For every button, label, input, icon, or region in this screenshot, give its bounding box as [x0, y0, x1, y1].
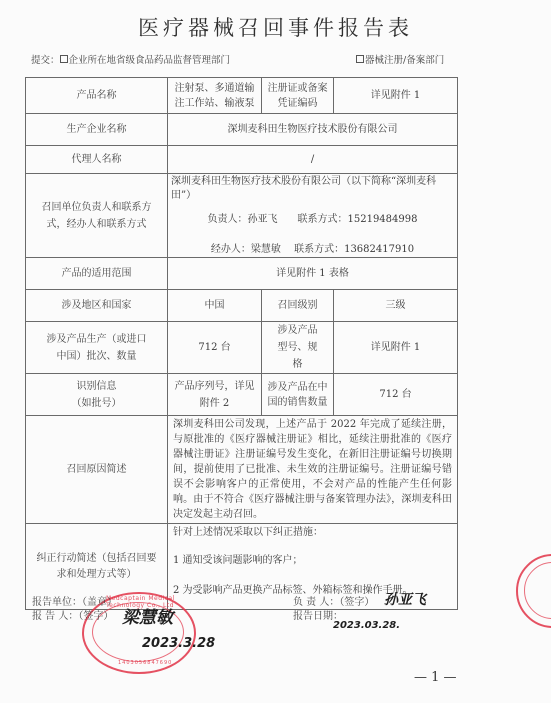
reason-value: 深圳麦科田公司发现，上述产品于 2022 年完成了延续注册，与原批准的《医疗器械…: [168, 416, 458, 524]
reporter-label: 报 告 人：（签字）: [32, 607, 113, 622]
product-name-label: 产品名称: [26, 78, 168, 114]
report-unit-label: 报告单位：（盖章）: [32, 593, 117, 608]
responsible-label: 负 责 人：（签字）: [293, 593, 374, 608]
model-value: 详见附件 1: [334, 322, 458, 374]
row-contact: 召回单位负责人和联系方式，经办人和联系方式 深圳麦科田生物医疗技术股份有限公司（…: [26, 174, 458, 258]
report-date-value: 2023.03.28.: [333, 620, 400, 631]
contact-handler: 经办人：梁慧敏 联系方式：13682417910: [171, 243, 454, 257]
scope-label: 产品的适用范围: [26, 258, 168, 290]
recall-report-table: 产品名称 注射泵、多通道输注工作站、输液泵 注册证或备案凭证编码 详见附件 1 …: [25, 77, 458, 610]
region-label: 涉及地区和国家: [26, 290, 168, 322]
seal-partial-inner: [524, 562, 551, 619]
reporter-date: 2023.3.28: [142, 636, 215, 651]
row-region: 涉及地区和国家 中国 召回级别 三级: [26, 290, 458, 322]
page-number: — 1 —: [414, 670, 457, 685]
batch-value: 712 台: [168, 322, 262, 374]
product-name-value: 注射泵、多通道输注工作站、输液泵: [168, 78, 262, 114]
manufacturer-label: 生产企业名称: [26, 114, 168, 146]
submit-option-registration: 器械注册/备案部门: [365, 55, 444, 66]
sales-value: 712 台: [334, 374, 458, 416]
reporter-signature: 梁慧敏: [122, 603, 173, 628]
submit-to-registration: 器械注册/备案部门: [356, 52, 444, 66]
recall-level-label: 召回级别: [262, 290, 334, 322]
registration-value: 详见附件 1: [334, 78, 458, 114]
action-intro: 针对上述情况采取以下纠正措施：: [173, 526, 452, 540]
row-agent: 代理人名称 /: [26, 146, 458, 174]
submit-option-provincial: 企业所在地省级食品药品监督管理部门: [69, 55, 231, 66]
row-manufacturer: 生产企业名称 深圳麦科田生物医疗技术股份有限公司: [26, 114, 458, 146]
contact-label: 召回单位负责人和联系方式，经办人和联系方式: [26, 174, 168, 258]
scope-value: 详见附件 1 表格: [168, 258, 458, 290]
region-value: 中国: [168, 290, 262, 322]
row-identification: 识别信息（如批号） 产品序列号，详见附件 2 涉及产品在中国的销售数量 712 …: [26, 374, 458, 416]
submit-to-provincial: 提交：企业所在地省级食品药品监督管理部门: [31, 52, 230, 66]
row-product-name: 产品名称 注射泵、多通道输注工作站、输液泵 注册证或备案凭证编码 详见附件 1: [26, 78, 458, 114]
document-title: 医疗器械召回事件报告表: [0, 12, 551, 42]
agent-value: /: [168, 146, 458, 174]
id-value: 产品序列号，详见附件 2: [168, 374, 262, 416]
checkbox-provincial[interactable]: [60, 55, 68, 63]
manufacturer-value: 深圳麦科田生物医疗技术股份有限公司: [168, 114, 458, 146]
batch-label: 涉及产品生产（或进口中国）批次、数量: [26, 322, 168, 374]
contact-value: 深圳麦科田生物医疗技术股份有限公司（以下简称“深圳麦科田”） 负责人：孙亚飞 联…: [168, 174, 458, 258]
contact-company: 深圳麦科田生物医疗技术股份有限公司（以下简称“深圳麦科田”）: [171, 175, 454, 203]
sales-label: 涉及产品在中国的销售数量: [262, 374, 334, 416]
id-label: 识别信息（如批号）: [26, 374, 168, 416]
seal-partial-right: [516, 554, 551, 628]
reason-label: 召回原因简述: [26, 416, 168, 524]
recall-level-value: 三级: [334, 290, 458, 322]
agent-label: 代理人名称: [26, 146, 168, 174]
submit-label: 提交：: [31, 55, 60, 66]
row-scope: 产品的适用范围 详见附件 1 表格: [26, 258, 458, 290]
model-label: 涉及产品型号、规格: [262, 322, 334, 374]
row-batch: 涉及产品生产（或进口中国）批次、数量 712 台 涉及产品型号、规格 详见附件 …: [26, 322, 458, 374]
registration-label: 注册证或备案凭证编码: [262, 78, 334, 114]
responsible-signature: 孙亚飞: [384, 589, 426, 609]
seal-number: 1403056847690: [118, 660, 172, 666]
action-item-1: 1 通知受该问题影响的客户；: [173, 554, 452, 568]
row-reason: 召回原因简述 深圳麦科田公司发现，上述产品于 2022 年完成了延续注册，与原批…: [26, 416, 458, 524]
checkbox-registration[interactable]: [356, 55, 364, 63]
contact-responsible: 负责人：孙亚飞 联系方式：15219484998: [171, 213, 454, 227]
